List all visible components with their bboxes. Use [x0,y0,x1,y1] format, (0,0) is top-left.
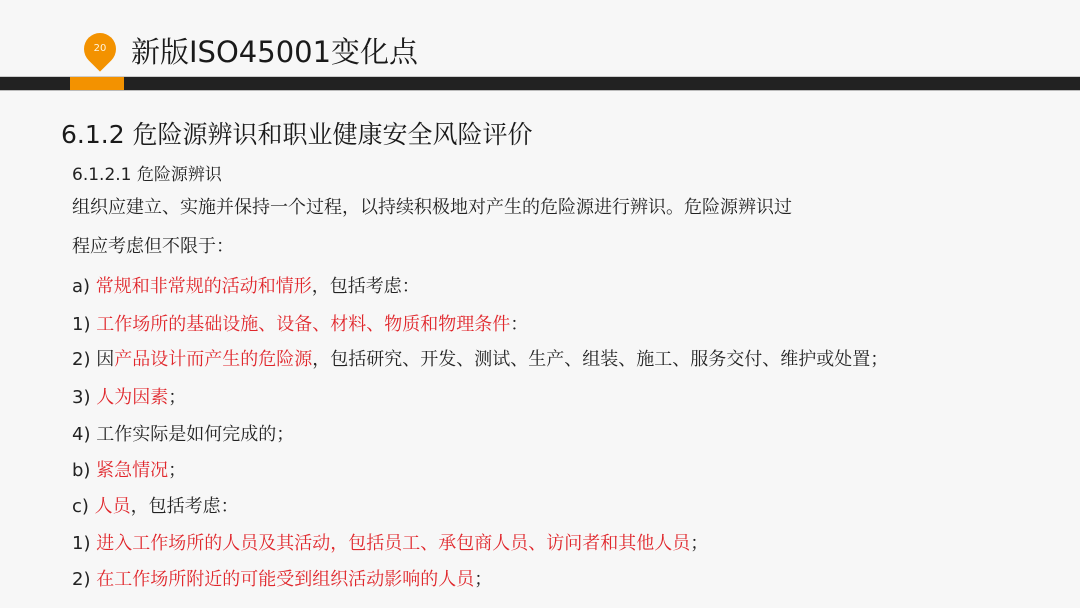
subsection-title: 6.1.2.1 危险源辨识 [72,160,222,185]
list-item: c) 人员，包括考虑： [72,492,239,518]
list-item: 2) 因产品设计而产生的危险源，包括研究、开发、测试、生产、组装、施工、服务交付… [72,345,888,371]
item-highlight: 工作场所的基础设施、设备、材料、物质和物理条件 [96,314,510,335]
list-item: 4) 工作实际是如何完成的； [72,420,294,446]
item-rest: ，包括考虑： [131,496,239,517]
item-rest: ，包括考虑： [312,276,420,297]
item-prefix: 4) 工作实际是如何完成的； [72,424,294,445]
item-rest: ； [474,569,492,590]
item-rest: ； [168,387,186,408]
item-rest: ； [168,460,186,481]
item-highlight: 在工作场所附近的可能受到组织活动影响的人员 [96,569,474,590]
list-item: 1) 进入工作场所的人员及其活动，包括员工、承包商人员、访问者和其他人员； [72,529,708,555]
item-rest: ： [510,314,528,335]
item-prefix: b) [72,460,96,481]
list-item: 2) 在工作场所附近的可能受到组织活动影响的人员； [72,565,492,591]
list-item: b) 紧急情况； [72,456,186,482]
item-highlight: 产品设计而产生的危险源 [114,349,312,370]
item-prefix: a) [72,276,96,297]
item-prefix: 1) [72,533,96,554]
header-divider-bar [0,77,1080,90]
item-prefix: c) [72,496,95,517]
list-item: 3) 人为因素； [72,383,186,409]
item-rest: ； [690,533,708,554]
item-prefix: 2) [72,569,96,590]
item-highlight: 人为因素 [96,387,168,408]
item-rest: ，包括研究、开发、测试、生产、组装、施工、服务交付、维护或处置； [312,349,888,370]
section-title: 6.1.2 危险源辨识和职业健康安全风险评价 [61,115,533,151]
item-prefix: 1) [72,314,96,335]
slide-title: 新版ISO45001变化点 [131,30,418,71]
intro-paragraph-line-2: 程应考虑但不限于： [72,232,972,258]
item-highlight: 紧急情况 [96,460,168,481]
list-item: a) 常规和非常规的活动和情形，包括考虑： [72,272,420,298]
item-prefix: 2) 因 [72,349,114,370]
item-prefix: 3) [72,387,96,408]
item-highlight: 进入工作场所的人员及其活动，包括员工、承包商人员、访问者和其他人员 [96,533,690,554]
item-highlight: 常规和非常规的活动和情形 [96,276,312,297]
header-accent-segment [70,77,124,90]
page-number: 20 [84,33,116,65]
item-highlight: 人员 [95,496,131,517]
intro-paragraph-line-1: 组织应建立、实施并保持一个过程，以持续积极地对产生的危险源进行辨识。危险源辨识过 [72,193,972,219]
list-item: 1) 工作场所的基础设施、设备、材料、物质和物理条件： [72,310,528,336]
